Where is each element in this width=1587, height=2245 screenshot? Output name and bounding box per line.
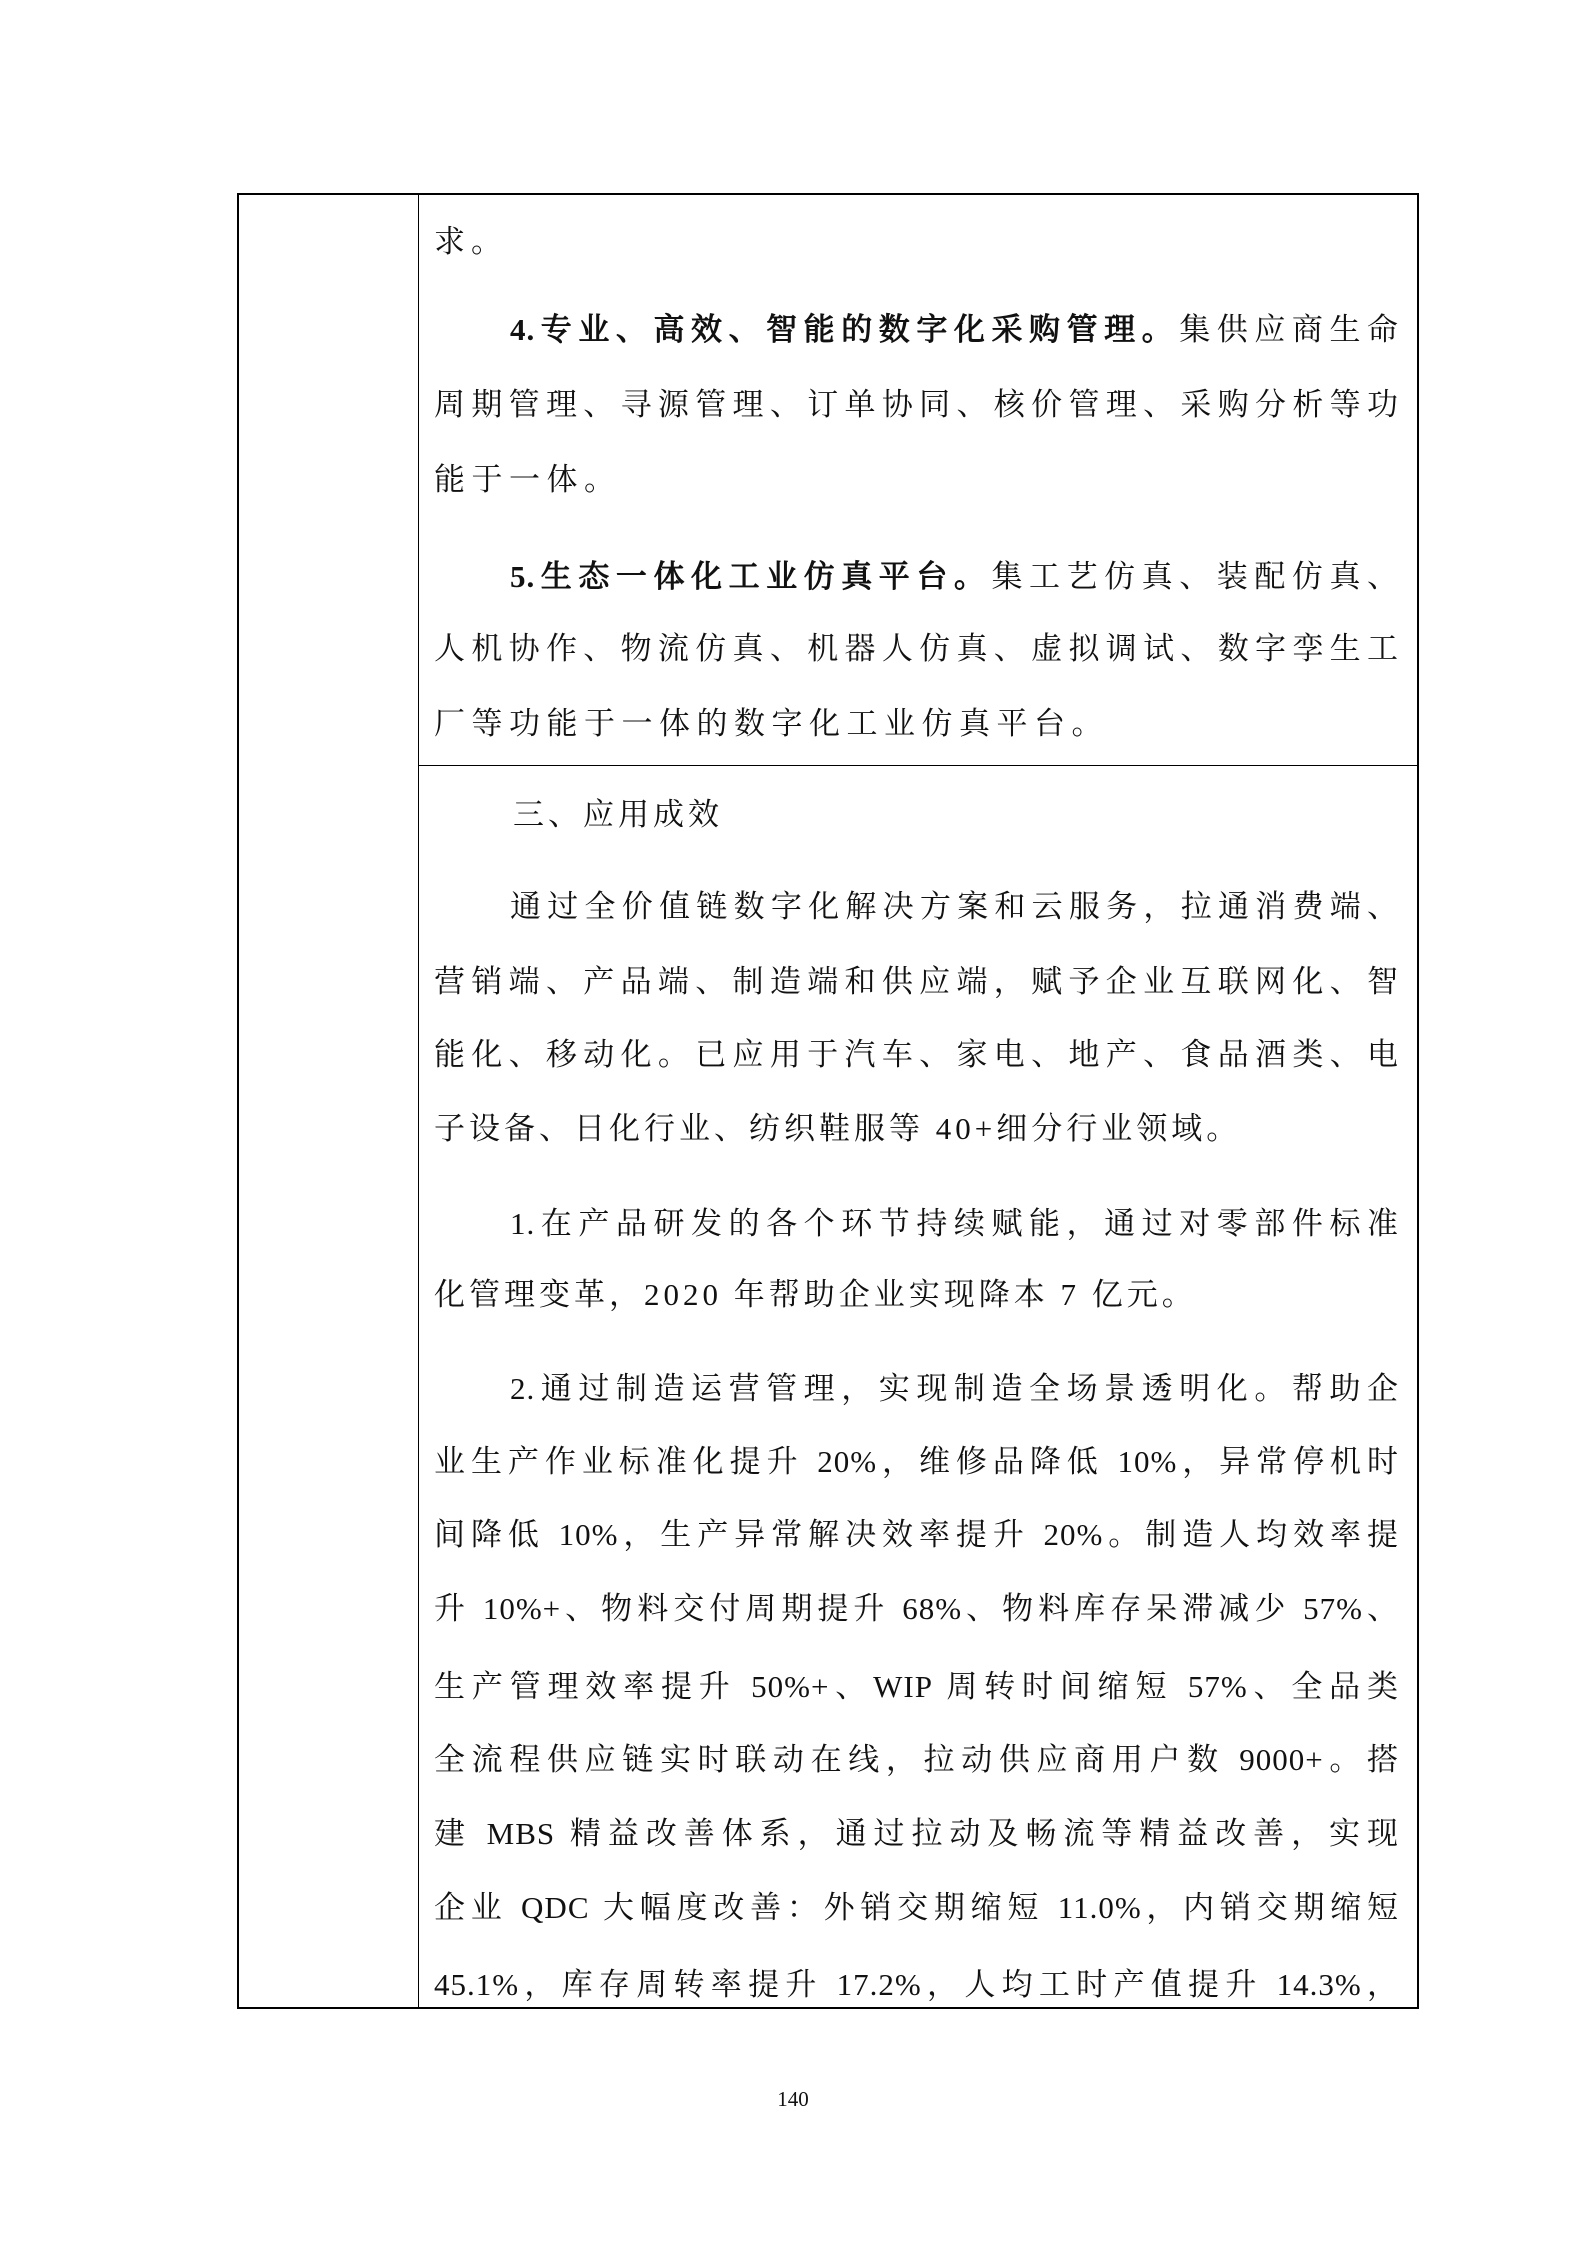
item5-heading: 5.生态一体化工业仿真平台。 — [510, 559, 991, 594]
point1-line-1: 1.在产品研发的各个环节持续赋能，通过对零部件标准 — [510, 1204, 1399, 1244]
intro-line-4: 子设备、日化行业、纺织鞋服等 40+细分行业领域。 — [434, 1109, 1399, 1149]
item5-first-line: 5.生态一体化工业仿真平台。集工艺仿真、装配仿真、 — [510, 557, 1399, 597]
point2-line-8: 企业 QDC 大幅度改善：外销交期缩短 11.0%，内销交期缩短 — [434, 1888, 1399, 1928]
point2-line-1: 2.通过制造运营管理，实现制造全场景透明化。帮助企 — [510, 1369, 1399, 1409]
content-table: 求。 4.专业、高效、智能的数字化采购管理。集供应商生命 周期管理、寻源管理、订… — [237, 193, 1419, 2009]
cell-platform-features: 求。 4.专业、高效、智能的数字化采购管理。集供应商生命 周期管理、寻源管理、订… — [419, 195, 1417, 766]
page-number: 140 — [743, 2086, 843, 2112]
table-label-column — [239, 195, 419, 2007]
intro-line-1: 通过全价值链数字化解决方案和云服务，拉通消费端、 — [510, 887, 1399, 927]
table-content-column: 求。 4.专业、高效、智能的数字化采购管理。集供应商生命 周期管理、寻源管理、订… — [419, 195, 1417, 2007]
item5-line-2: 人机协作、物流仿真、机器人仿真、虚拟调试、数字孪生工 — [434, 629, 1399, 669]
continuation-line: 求。 — [434, 222, 1399, 262]
point2-line-4: 升 10%+、物料交付周期提升 68%、物料库存呆滞减少 57%、 — [434, 1589, 1399, 1629]
item4-line-2: 周期管理、寻源管理、订单协同、核价管理、采购分析等功 — [434, 385, 1399, 425]
item4-text: 集供应商生命 — [1179, 312, 1399, 347]
item4-first-line: 4.专业、高效、智能的数字化采购管理。集供应商生命 — [510, 310, 1399, 350]
point2-line-6: 全流程供应链实时联动在线，拉动供应商用户数 9000+。搭 — [434, 1740, 1399, 1780]
point2-line-2: 业生产作业标准化提升 20%，维修品降低 10%，异常停机时 — [434, 1442, 1399, 1482]
point2-line-3: 间降低 10%，生产异常解决效率提升 20%。制造人均效率提 — [434, 1515, 1399, 1555]
item5-text: 集工艺仿真、装配仿真、 — [991, 559, 1399, 594]
section-heading: 三、应用成效 — [513, 795, 1399, 835]
item5-line-3: 厂等功能于一体的数字化工业仿真平台。 — [434, 704, 1399, 744]
item4-line-3: 能于一体。 — [434, 460, 1399, 500]
point2-line-7: 建 MBS 精益改善体系，通过拉动及畅流等精益改善，实现 — [434, 1814, 1399, 1854]
point2-line-9: 45.1%，库存周转率提升 17.2%，人均工时产值提升 14.3%， — [434, 1965, 1399, 2005]
intro-line-2: 营销端、产品端、制造端和供应端，赋予企业互联网化、智 — [434, 962, 1399, 1002]
cell-application-results: 三、应用成效 通过全价值链数字化解决方案和云服务，拉通消费端、 营销端、产品端、… — [419, 766, 1417, 2007]
intro-line-3: 能化、移动化。已应用于汽车、家电、地产、食品酒类、电 — [434, 1035, 1399, 1075]
point2-line-5: 生产管理效率提升 50%+、WIP 周转时间缩短 57%、全品类 — [434, 1667, 1399, 1707]
point1-line-2: 化管理变革，2020 年帮助企业实现降本 7 亿元。 — [434, 1275, 1399, 1315]
item4-heading: 4.专业、高效、智能的数字化采购管理。 — [510, 312, 1179, 347]
